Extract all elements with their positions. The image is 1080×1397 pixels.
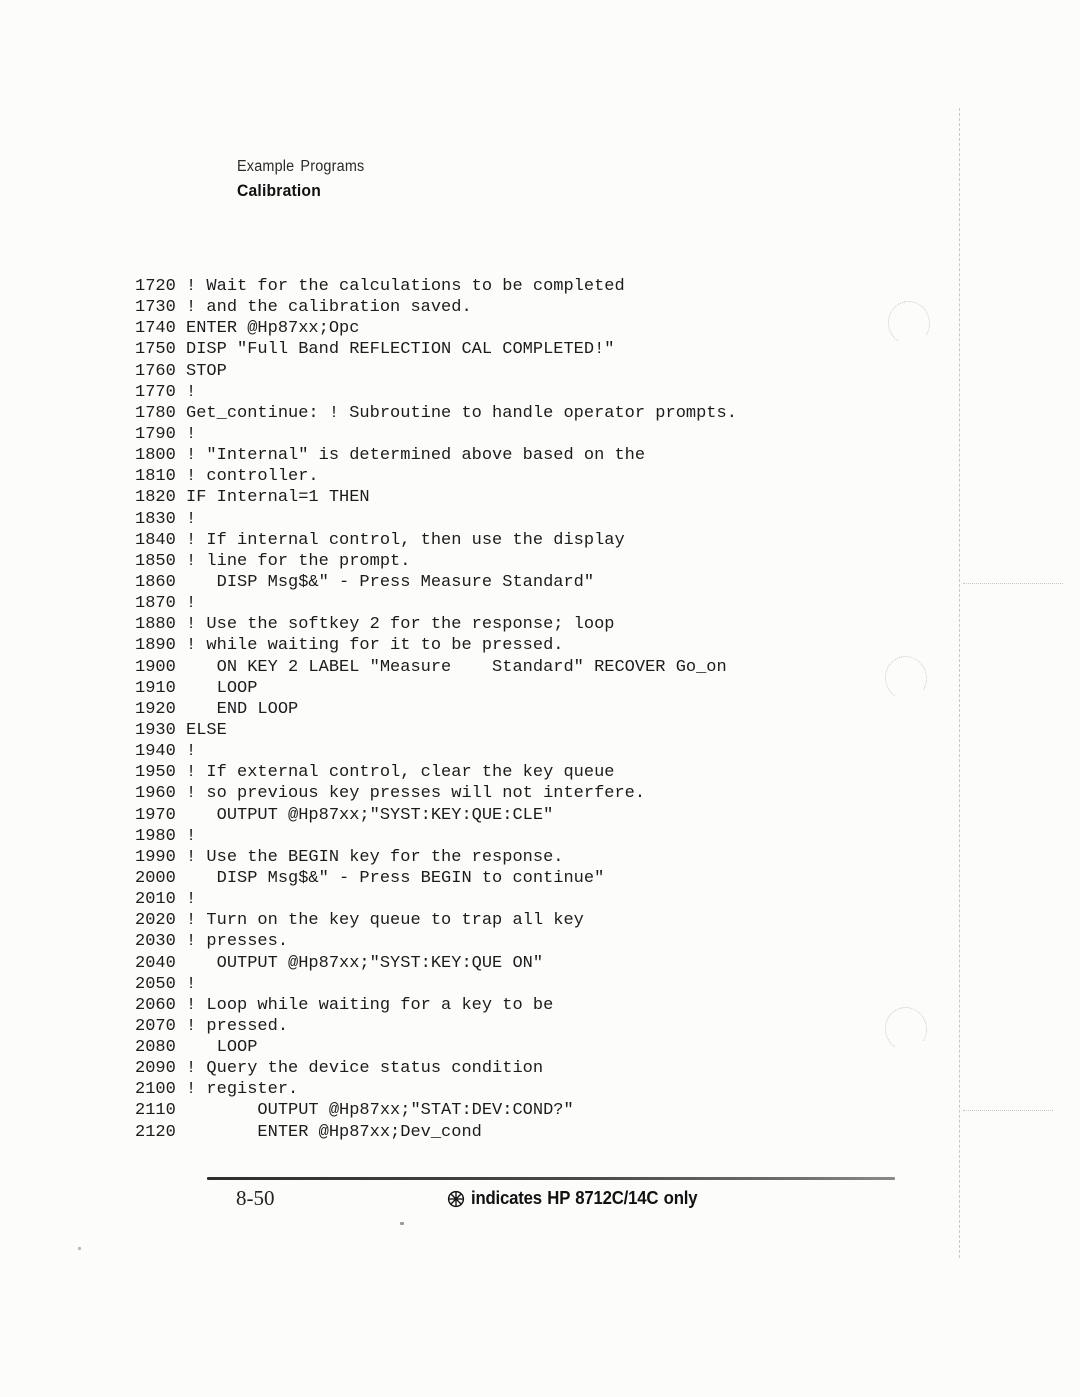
footer-note: indicates HP 8712C/14C only <box>447 1188 714 1209</box>
code-line: 1980 ! <box>135 826 737 847</box>
code-line: 1900 ON KEY 2 LABEL "Measure Standard" R… <box>135 657 737 678</box>
code-line: 1950 ! If external control, clear the ke… <box>135 762 737 783</box>
code-line: 1780 Get_continue: ! Subroutine to handl… <box>135 403 737 424</box>
scan-artifact-dashes <box>963 583 1063 584</box>
circled-asterisk-icon <box>447 1190 465 1208</box>
code-line: 1850 ! line for the prompt. <box>135 551 737 572</box>
code-line: 1770 ! <box>135 382 737 403</box>
scan-artifact-circle <box>884 297 934 349</box>
code-line: 1730 ! and the calibration saved. <box>135 297 737 318</box>
scan-artifact-circle <box>881 1003 931 1055</box>
code-line: 1930 ELSE <box>135 720 737 741</box>
code-line: 2120 ENTER @Hp87xx;Dev_cond <box>135 1122 737 1143</box>
code-line: 2090 ! Query the device status condition <box>135 1058 737 1079</box>
footer-note-text: indicates HP 8712C/14C only <box>471 1188 697 1209</box>
footer-rule <box>207 1177 895 1180</box>
code-line: 1800 ! "Internal" is determined above ba… <box>135 445 737 466</box>
code-line: 1920 END LOOP <box>135 699 737 720</box>
code-line: 2100 ! register. <box>135 1079 737 1100</box>
code-line: 1750 DISP "Full Band REFLECTION CAL COMP… <box>135 339 737 360</box>
code-line: 1760 STOP <box>135 361 737 382</box>
scan-artifact-vertical-line <box>959 108 960 1258</box>
code-line: 2040 OUTPUT @Hp87xx;"SYST:KEY:QUE ON" <box>135 953 737 974</box>
code-line: 1820 IF Internal=1 THEN <box>135 487 737 508</box>
code-line: 1890 ! while waiting for it to be presse… <box>135 635 737 656</box>
code-line: 1830 ! <box>135 509 737 530</box>
scan-artifact-speck <box>78 1247 81 1250</box>
code-line: 1740 ENTER @Hp87xx;Opc <box>135 318 737 339</box>
scan-artifact-speck <box>400 1222 404 1225</box>
code-line: 2060 ! Loop while waiting for a key to b… <box>135 995 737 1016</box>
code-line: 1970 OUTPUT @Hp87xx;"SYST:KEY:QUE:CLE" <box>135 805 737 826</box>
program-listing: 1720 ! Wait for the calculations to be c… <box>135 276 737 1143</box>
code-line: 1870 ! <box>135 593 737 614</box>
section-title: Calibration <box>237 182 367 201</box>
code-line: 1960 ! so previous key presses will not … <box>135 783 737 804</box>
page-header: Example Programs Calibration <box>237 158 374 201</box>
code-line: 1790 ! <box>135 424 737 445</box>
code-line: 1990 ! Use the BEGIN key for the respons… <box>135 847 737 868</box>
code-line: 2050 ! <box>135 974 737 995</box>
code-line: 1810 ! controller. <box>135 466 737 487</box>
code-line: 2020 ! Turn on the key queue to trap all… <box>135 910 737 931</box>
section-eyebrow: Example Programs <box>237 158 364 176</box>
code-line: 1940 ! <box>135 741 737 762</box>
page-number: 8-50 <box>236 1186 275 1211</box>
code-line: 2110 OUTPUT @Hp87xx;"STAT:DEV:COND?" <box>135 1100 737 1121</box>
code-line: 2000 DISP Msg$&" - Press BEGIN to contin… <box>135 868 737 889</box>
scan-artifact-circle <box>881 652 931 704</box>
code-line: 1910 LOOP <box>135 678 737 699</box>
code-line: 2010 ! <box>135 889 737 910</box>
code-line: 1880 ! Use the softkey 2 for the respons… <box>135 614 737 635</box>
code-line: 2080 LOOP <box>135 1037 737 1058</box>
code-line: 1720 ! Wait for the calculations to be c… <box>135 276 737 297</box>
code-line: 2070 ! pressed. <box>135 1016 737 1037</box>
code-line: 1840 ! If internal control, then use the… <box>135 530 737 551</box>
code-line: 2030 ! presses. <box>135 931 737 952</box>
scan-artifact-dashes <box>963 1110 1053 1111</box>
code-line: 1860 DISP Msg$&" - Press Measure Standar… <box>135 572 737 593</box>
